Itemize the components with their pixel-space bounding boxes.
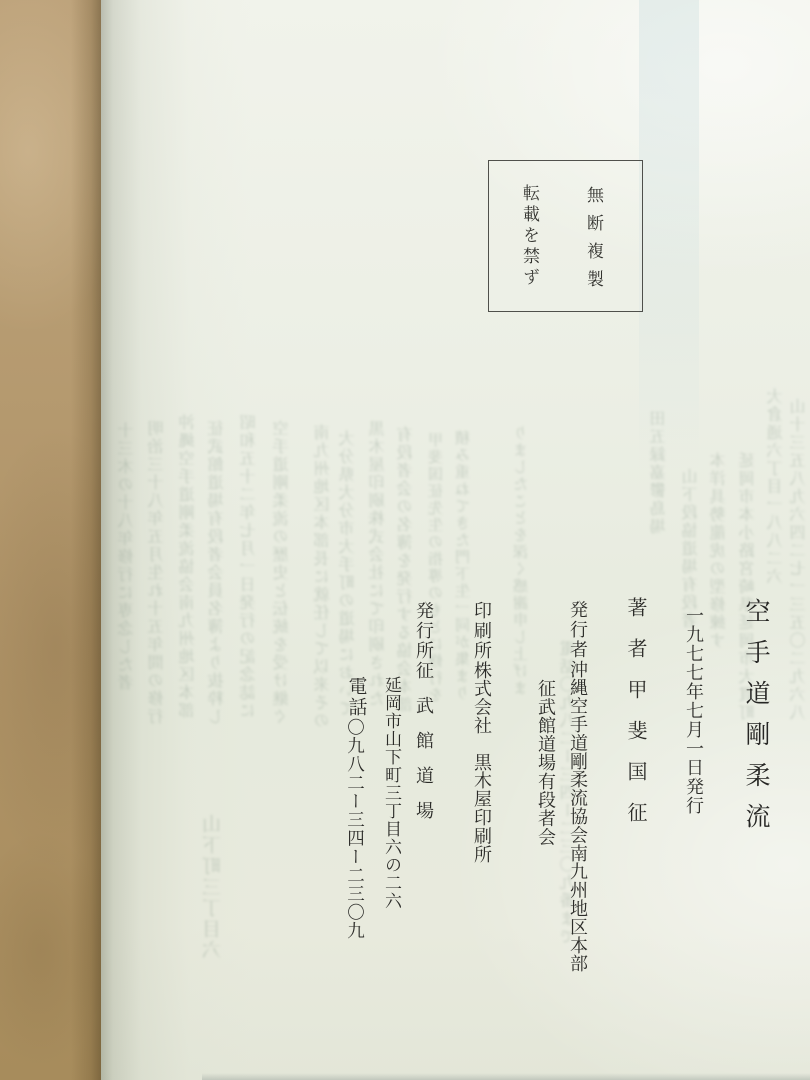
copyright-stamp-box: 無断複製 転載を禁ず [488,160,643,312]
showthrough-column: 本洋具勢龍虎の型修練す [712,452,728,650]
showthrough-column: 空手道剛柔流の歴史と伝統を受け継ぐ [275,420,291,726]
printer-name: 株式会社 黒木屋印刷所 [472,661,492,863]
photo-bottom-edge [202,1073,810,1080]
showthrough-column: 積み重ねてきた門下生一同が集まり [457,430,472,702]
publisher-label: 発行者 [568,600,588,660]
book-title: 空手道剛柔流 [743,598,768,844]
publisher-name-line2: 征武館道場有段者会 [537,679,555,846]
publisher-line: 発行者沖縄空手道剛柔流協会南九州地区本部 [569,600,587,973]
showthrough-column: 昭和五十二年七月一日発行の記念誌に [242,414,258,720]
issuing-office-name: 征武館道場 [414,661,434,836]
showthrough-column: 黒木屋印刷株式会社にて印刷された [371,420,387,708]
printer-line: 印刷所株式会社 黒木屋印刷所 [473,601,491,863]
showthrough-column: 田五録嘉鬱島場 [652,410,668,536]
showthrough-column: 山十三五八九六四二七一三五〇二九六八 [792,398,808,722]
office-address: 延岡市山下町三丁目六の二六 [383,676,400,910]
issuing-office-label: 発行所 [414,601,434,661]
colophon-page: 十三木の十八年修行に専念した者明治三十八年五月生れ十五年間の修行沖縄空手道剛柔流… [101,0,810,1080]
phone-line: 電話〇九八二ー三四ー二三〇九 [346,676,366,940]
showthrough-column: 明治三十八年五月生れ十五年間の修行 [150,420,166,726]
showthrough-column: 十三木の十八年修行に専念した者 [120,422,136,692]
author-name: 甲斐国征 [624,679,646,843]
issuing-office-line: 発行所征武館道場 [415,601,433,836]
showthrough-column: 南九州地区本部長に就任して以来その [316,424,332,730]
author-line: 著者甲斐国征 [625,597,645,843]
book-cover-edge [0,0,101,1080]
publisher-name: 沖縄空手道剛柔流協会南九州地区本部 [568,660,588,973]
showthrough-column: 征武館道場有段者会員名簿より抜粋し [210,420,226,726]
showthrough-column: 大分県大分市大手町の道場において [341,430,357,718]
printer-label: 印刷所 [472,601,492,661]
showthrough-column: 沖縄空手道剛柔流協会南九州地区本部 [181,414,197,720]
stamp-no-copy-text: 無断複製 [585,186,602,298]
phone-label: 電話 [346,676,367,718]
author-label: 著者 [624,597,646,679]
showthrough-column: 大倉通六丁目一八八二六 [769,388,785,586]
showthrough-column: りましたことを深く感謝申し上げま [515,425,530,697]
publication-date: 一九七七年七月一日発行 [685,606,703,815]
lighting-band [639,0,699,470]
stamp-no-reprint-text: 転載を禁ず [521,184,538,289]
phone-number: 〇九八二ー三四ー二三〇九 [346,718,366,940]
showthrough-column: 有段者会の名簿を発行する協会本部 [399,426,415,714]
showthrough-column: 山下町三丁目六 [204,814,223,961]
